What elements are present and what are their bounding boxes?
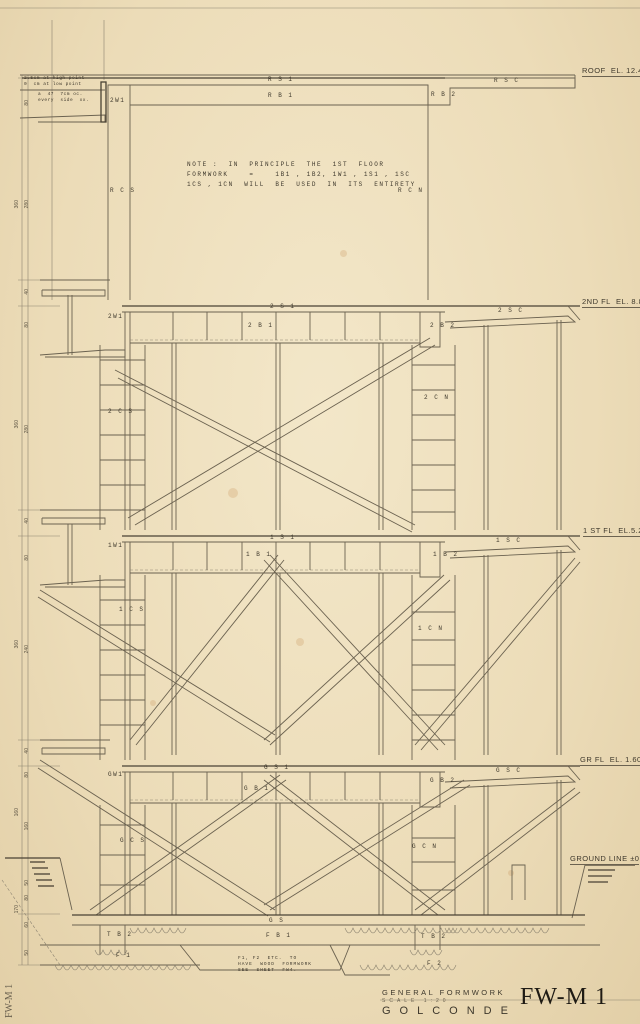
dimension-label: 50	[24, 880, 30, 886]
label-ground-cantilever: G S C	[496, 767, 522, 774]
dimension-label: 240	[24, 645, 30, 653]
label-ground-wall: GW1	[108, 771, 123, 778]
dimension-label: 160	[24, 822, 30, 830]
label-2nd-beam-2: 2 B 2	[430, 322, 456, 329]
level-elevation: EL. 1.60	[610, 755, 640, 764]
label-roof-beam: R B 1	[268, 92, 294, 99]
label-roof-column-south: R C S	[110, 187, 136, 194]
dimension-label: 160	[14, 808, 20, 816]
label-2nd-column-south: 2 C S	[108, 408, 134, 415]
dimension-label: 60	[24, 922, 30, 928]
note-line: every side xx.	[38, 98, 89, 103]
label-2nd-cantilever: 2 S C	[498, 307, 524, 314]
dimension-label: 80	[24, 100, 30, 106]
title-project: GOLCONDE	[382, 1005, 517, 1017]
dimension-label: 80	[24, 895, 30, 901]
level-label: GROUND LINE	[570, 854, 628, 863]
dimension-label: 40	[24, 748, 30, 754]
level-elevation: EL. 12.40	[611, 66, 640, 75]
top-left-note: 2.5cm at high point 0 cm at low point	[24, 76, 85, 88]
dimension-label: 360	[14, 640, 20, 648]
label-foundation-slab: G S	[269, 917, 284, 924]
dimension-label: 80	[24, 322, 30, 328]
note-line: F1, F2 ETC. TO	[238, 956, 297, 961]
general-note: NOTE : IN PRINCIPLE THE 1ST FLOOR FORMWO…	[187, 160, 416, 190]
label-roof-cantilever: R S C	[494, 77, 520, 84]
top-left-note-2: a 47 7cm oc. every side xx.	[38, 92, 89, 104]
label-ground-beam-2: G B 2	[430, 777, 456, 784]
note-line-1: NOTE : IN PRINCIPLE THE 1ST FLOOR	[187, 161, 385, 168]
label-foundation-beam: F B 1	[266, 932, 292, 939]
dimension-label: 50	[24, 950, 30, 956]
label-1st-cantilever: 1 S C	[496, 537, 522, 544]
footing-note: F1, F2 ETC. TO HAVE WOOD FORMWORK SEE SH…	[238, 956, 312, 974]
label-2nd-beam: 2 B 1	[248, 322, 274, 329]
sheet-number: FW-M 1	[520, 984, 608, 1011]
label-tie-beam-right: T B 2	[421, 933, 447, 940]
label-ground-slab: G S 1	[264, 764, 290, 771]
label-roof-slab: R S 1	[268, 76, 294, 83]
side-sheet-reference: FW-M 1	[4, 984, 15, 1018]
label-roof-wall: 2W1	[110, 97, 125, 104]
dimension-label: 170	[14, 905, 20, 913]
label-ground-column-north: G C N	[412, 843, 438, 850]
label-ground-beam: G B 1	[244, 785, 270, 792]
label-ground-column-south: G C S	[120, 837, 146, 844]
label-1st-beam: 1 B 1	[246, 551, 272, 558]
level-roof: ROOF EL. 12.40	[582, 66, 640, 77]
note-line: SEE SHEET FW4.	[238, 968, 297, 973]
dimension-label: 80	[24, 772, 30, 778]
note-line: HAVE WOOD FORMWORK	[238, 962, 312, 967]
note-line-2: FORMWORK = 1B1 , 1B2, 1W1 , 1S1 , 1SC	[187, 171, 411, 178]
dimension-label: 40	[24, 289, 30, 295]
label-roof-beam-2: R B 2	[431, 91, 457, 98]
note-line-3: 1CS , 1CN WILL BE USED IN ITS ENTIRETY	[187, 181, 416, 188]
level-label: 1 ST FL	[583, 526, 613, 535]
label-footing-2: F 2	[427, 960, 442, 967]
label-2nd-wall: 2W1	[108, 313, 123, 320]
dimension-label: 280	[24, 200, 30, 208]
level-label: GR FL	[580, 755, 605, 764]
formwork-elevation-drawing	[0, 0, 640, 1024]
note-line: a 47 7cm oc.	[38, 92, 83, 97]
label-2nd-column-north: 2 C N	[424, 394, 450, 401]
level-first-floor: 1 ST FL EL.5.20	[583, 526, 640, 537]
label-1st-slab: 1 S 1	[270, 534, 296, 541]
label-roof-column-north: R C N	[398, 187, 424, 194]
dimension-label: 360	[14, 420, 20, 428]
note-line: 2.5cm at high point	[24, 76, 85, 81]
level-elevation: EL. 8.80	[616, 297, 640, 306]
dimension-label: 280	[24, 425, 30, 433]
label-2nd-slab: 2 S 1	[270, 303, 296, 310]
level-ground-line: GROUND LINE ±0	[570, 854, 639, 865]
drawing-sheet: 2.5cm at high point 0 cm at low point a …	[0, 0, 640, 1024]
dimension-label: 80	[24, 555, 30, 561]
label-1st-column-north: 1 C N	[418, 625, 444, 632]
label-1st-beam-2: 1 B 2	[433, 551, 459, 558]
label-footing-1: F 1	[116, 952, 131, 959]
label-1st-wall: 1W1	[108, 542, 123, 549]
level-label: ROOF	[582, 66, 606, 75]
dimension-label: 40	[24, 518, 30, 524]
level-label: 2ND FL	[582, 297, 611, 306]
level-ground-floor: GR FL EL. 1.60	[580, 755, 640, 766]
title-drawing-name: GENERAL FORMWORK	[382, 988, 505, 997]
dimension-label: 360	[14, 200, 20, 208]
label-tie-beam-left: T B 2	[107, 931, 133, 938]
level-second-floor: 2ND FL EL. 8.80	[582, 297, 640, 308]
level-elevation: ±0	[630, 854, 639, 863]
label-1st-column-south: 1 C S	[119, 606, 145, 613]
title-scale: SCALE 1:20	[382, 998, 450, 1004]
note-line: 0 cm at low point	[24, 82, 82, 87]
level-elevation: EL.5.20	[618, 526, 640, 535]
